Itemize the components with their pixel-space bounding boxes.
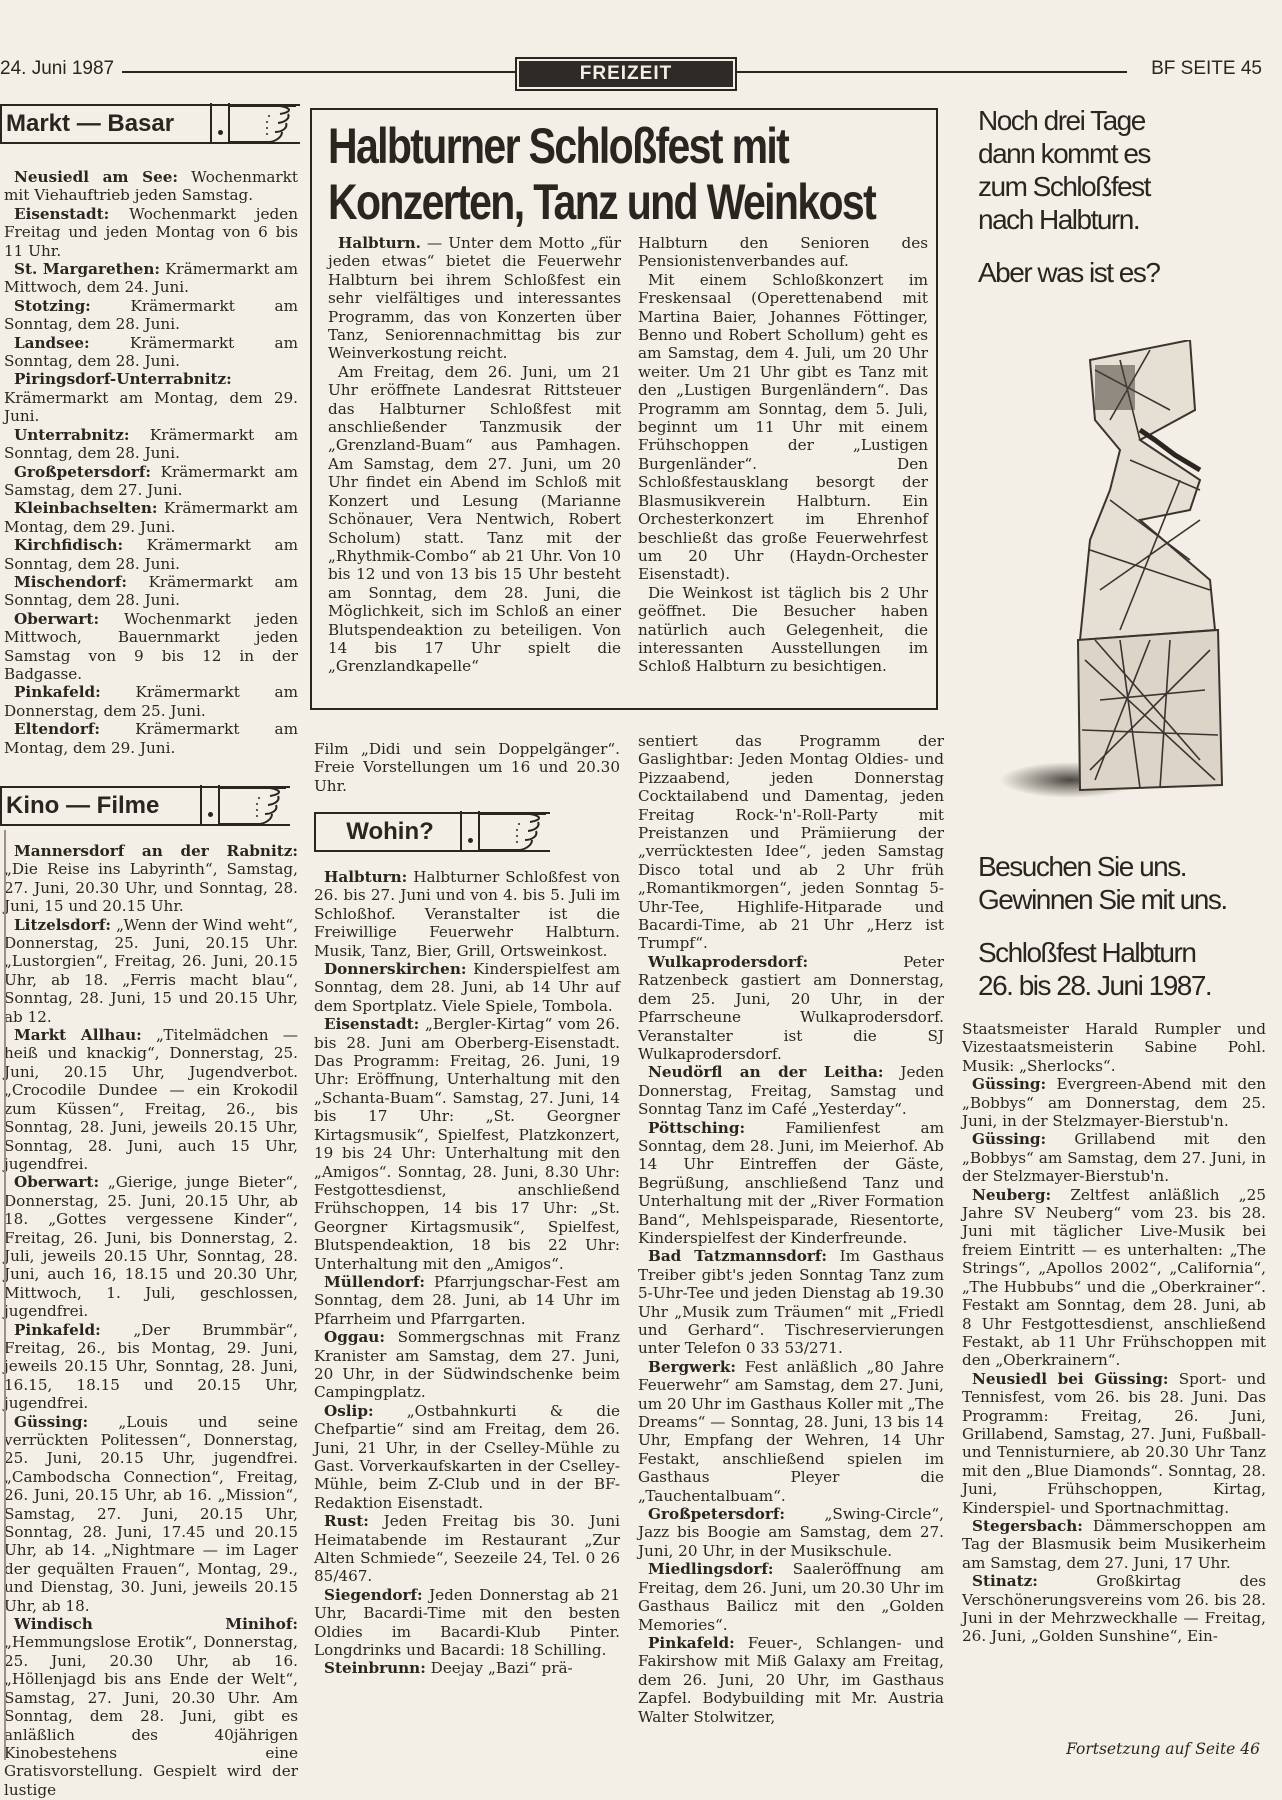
place-name: Eisenstadt: <box>324 1015 419 1033</box>
dot-box-icon <box>460 811 480 851</box>
place-name: Pinkafeld: <box>648 1634 735 1652</box>
list-item: Siegendorf: Jeden Donnerstag ab 21 Uhr, … <box>314 1586 620 1660</box>
list-item: Pöttsching: Familienfest am Sonntag, dem… <box>638 1119 944 1248</box>
section-header-markt: Markt — Basar <box>0 104 300 144</box>
kino-continuation: Film „Didi und sein Doppelgänger“. Freie… <box>314 740 620 795</box>
list-item: Stegersbach: Dämmerschoppen am Tag der B… <box>962 1517 1266 1572</box>
place-name: Güssing: <box>972 1075 1046 1093</box>
list-item: Die Weinkost ist täglich bis 2 Uhr geöff… <box>638 584 928 676</box>
ad-line: Schloßfest Halbturn <box>978 936 1278 969</box>
list-item: Miedlingsdorf: Saaleröffnung am Freitag,… <box>638 1560 944 1634</box>
section-header-kino: Kino — Filme <box>0 786 290 826</box>
list-item: Pinkafeld: „Der Brummbär“, Freitag, 26.,… <box>4 1321 298 1413</box>
place-name: Großpetersdorf: <box>14 463 151 481</box>
list-item: Oberwart: Wochenmarkt jeden Mittwoch, Ba… <box>4 610 298 684</box>
place-name: Bad Tatzmannsdorf: <box>648 1247 827 1265</box>
place-name: Rust: <box>324 1512 369 1530</box>
place-name: Pinkafeld: <box>14 1321 101 1339</box>
entry-text: Krämermarkt am Montag, dem 29. Juni. <box>4 389 298 425</box>
ad-slogan: Besuchen Sie uns.Gewinnen Sie mit uns. <box>978 850 1278 916</box>
entry-text: Mit einem Schloßkonzert im Freskensaal (… <box>638 271 928 584</box>
continued-note: Fortsetzung auf Seite 46 <box>1066 1740 1260 1758</box>
header-rule-left <box>122 71 515 73</box>
list-item: Rust: Jeden Freitag bis 30. Juni Heimata… <box>314 1512 620 1586</box>
list-item: Markt Allhau: „Titelmädchen — heiß und k… <box>4 1026 298 1173</box>
kino-continuation-text: Film „Didi und sein Doppelgänger“. Freie… <box>314 740 620 795</box>
list-item: sentiert das Programm der Gaslightbar: J… <box>638 732 944 953</box>
place-name: Pinkafeld: <box>14 683 101 701</box>
list-item: Neudörfl an der Leitha: Jeden Donnerstag… <box>638 1063 944 1118</box>
entry-text: Staatsmeister Harald Rumpler und Vizesta… <box>962 1020 1266 1075</box>
place-name: Pöttsching: <box>648 1119 745 1137</box>
list-item: Halbturn den Senioren des Pensionistenve… <box>638 234 928 271</box>
place-name: Mannersdorf an der Rabnitz: <box>14 842 298 860</box>
place-name: Stegersbach: <box>972 1517 1083 1535</box>
section-header-wohin: Wohin? <box>314 812 550 852</box>
list-item: Mannersdorf an der Rabnitz: „Die Reise i… <box>4 842 298 916</box>
place-name: Oberwart: <box>14 610 99 628</box>
section-badge-label: FREIZEIT <box>519 61 733 87</box>
place-name: Oberwart: <box>14 1173 99 1191</box>
list-item: Pinkafeld: Krämermarkt am Donnerstag, de… <box>4 683 298 720</box>
place-name: Kirchfidisch: <box>14 536 123 554</box>
headline-line-2: Konzerten, Tanz und Weinkost <box>328 174 820 230</box>
headline-line-1: Halbturner Schloßfest mit <box>328 118 820 174</box>
ad-line: Noch drei Tage <box>978 104 1268 137</box>
feature-headline: Halbturner Schloßfest mit Konzerten, Tan… <box>328 118 820 230</box>
ad-line: Gewinnen Sie mit uns. <box>978 883 1278 916</box>
list-item: Wulkaprodersdorf: Peter Ratzenbeck gasti… <box>638 953 944 1063</box>
list-item: Stotzing: Krämermarkt am Sonntag, dem 28… <box>4 297 298 334</box>
wohin-column-1: Halbturn: Halbturner Schloßfest von 26. … <box>314 868 620 1678</box>
entry-text: Halbturn den Senioren des Pensionistenve… <box>638 234 928 270</box>
section-title: Markt — Basar <box>2 110 210 138</box>
place-name: Oggau: <box>324 1328 385 1346</box>
ad-line: nach Halbturn. <box>978 203 1268 236</box>
section-title: Wohin? <box>316 818 460 846</box>
list-item: Halbturn: Halbturner Schloßfest von 26. … <box>314 868 620 960</box>
place-name: Donnerskirchen: <box>324 960 467 978</box>
list-item: Am Freitag, dem 26. Juni, um 21 Uhr eröf… <box>328 363 621 676</box>
place-name: Wulkaprodersdorf: <box>648 953 808 971</box>
entry-text: Sport- und Tennisfest, vom 26. bis 28. J… <box>962 1370 1266 1517</box>
list-item: Staatsmeister Harald Rumpler und Vizesta… <box>962 1020 1266 1075</box>
list-item: Oggau: Sommergschnas mit Franz Kranister… <box>314 1328 620 1402</box>
list-item: Eisenstadt: Wochenmarkt jeden Freitag un… <box>4 205 298 260</box>
list-item: Güssing: Evergreen-Abend mit den „Bobbys… <box>962 1075 1266 1130</box>
issue-date: 24. Juni 1987 <box>0 58 114 80</box>
section-badge: FREIZEIT <box>515 57 737 91</box>
entry-text: „Hemmungslose Erotik“, Donnerstag, 25. J… <box>4 1633 298 1798</box>
list-item: Güssing: Grillabend mit den „Bobbys“ am … <box>962 1130 1266 1185</box>
feature-column-1: Halbturn. — Unter dem Motto „für jeden e… <box>328 234 621 676</box>
place-name: Windisch Minihof: <box>14 1615 298 1633</box>
ad-teaser: Noch drei Tagedann kommt eszum Schloßfes… <box>978 104 1268 236</box>
entry-text: Deejay „Bazi“ prä- <box>426 1659 573 1677</box>
feature-column-2: Halbturn den Senioren des Pensionistenve… <box>638 234 928 676</box>
place-name: Güssing: <box>14 1413 88 1431</box>
place-name: Oslip: <box>324 1402 374 1420</box>
place-name: Piringsdorf-Unterrabnitz: <box>14 370 232 388</box>
list-item: Bad Tatzmannsdorf: Im Gasthaus Treiber g… <box>638 1247 944 1357</box>
column-edge <box>4 830 6 1760</box>
entry-text: „Titelmädchen — heiß und knackig“, Donne… <box>4 1026 298 1173</box>
place-name: Großpetersdorf: <box>648 1505 785 1523</box>
place-name: Neusiedl am See: <box>14 168 178 186</box>
list-item: St. Margarethen: Krämermarkt am Mittwoch… <box>4 260 298 297</box>
dot-box-icon <box>200 785 220 825</box>
place-name: Siegendorf: <box>324 1586 423 1604</box>
list-item: Halbturn. — Unter dem Motto „für jeden e… <box>328 234 621 363</box>
list-item: Kirchfidisch: Krämermarkt am Sonntag, de… <box>4 536 298 573</box>
list-item: Großpetersdorf: „Swing-Circle“, Jazz bis… <box>638 1505 944 1560</box>
list-item: Oberwart: „Gierige, junge Bieter“, Donne… <box>4 1173 298 1320</box>
list-item: Piringsdorf-Unterrabnitz: Krämermarkt am… <box>4 370 298 425</box>
entry-text: sentiert das Programm der Gaslightbar: J… <box>638 732 944 952</box>
entry-text: Zeltfest anläßlich „25 Jahre SV Neuberg“… <box>962 1186 1266 1370</box>
place-name: Landsee: <box>14 334 90 352</box>
pointing-hand-icon <box>220 786 290 826</box>
list-item: Donnerskirchen: Kinderspielfest am Sonnt… <box>314 960 620 1015</box>
wohin-column-3: Staatsmeister Harald Rumpler und Vizesta… <box>962 1020 1266 1646</box>
list-item: Oslip: „Ostbahnkurti & die Chefpartie“ s… <box>314 1402 620 1512</box>
entry-text: Am Freitag, dem 26. Juni, um 21 Uhr eröf… <box>328 363 621 676</box>
place-name: Neudörfl an der Leitha: <box>648 1063 883 1081</box>
place-name: Eltendorf: <box>14 720 100 738</box>
list-item: Windisch Minihof: „Hemmungslose Erotik“,… <box>4 1615 298 1799</box>
ad-line: dann kommt es <box>978 137 1268 170</box>
place-name: Miedlingsdorf: <box>648 1560 774 1578</box>
entry-text: „Gierige, junge Bieter“, Donnerstag, 25.… <box>4 1173 298 1320</box>
list-item: Stinatz: Großkirtag des Verschönerungsve… <box>962 1572 1266 1646</box>
ad-line: zum Schloßfest <box>978 170 1268 203</box>
list-item: Eisenstadt: „Bergler-Kirtag“ vom 26. bis… <box>314 1015 620 1273</box>
ad-line: 26. bis 28. Juni 1987. <box>978 969 1278 1002</box>
place-name: Bergwerk: <box>648 1358 736 1376</box>
ad-question: Aber was ist es? <box>978 256 1268 289</box>
wohin-column-2: sentiert das Programm der Gaslightbar: J… <box>638 732 944 1726</box>
list-item: Landsee: Krämermarkt am Sonntag, dem 28.… <box>4 334 298 371</box>
ad-line: Besuchen Sie uns. <box>978 850 1278 883</box>
place-name: Neusiedl bei Güssing: <box>972 1370 1169 1388</box>
list-item: Bergwerk: Fest anläßlich „80 Jahre Feuer… <box>638 1358 944 1505</box>
entry-text: „Die Reise ins Labyrinth“, Samstag, 27. … <box>4 860 298 915</box>
place-name: Eisenstadt: <box>14 205 109 223</box>
list-item: Pinkafeld: Feuer-, Schlangen- und Fakirs… <box>638 1634 944 1726</box>
list-item: Mit einem Schloßkonzert im Freskensaal (… <box>638 271 928 584</box>
place-name: Neuberg: <box>972 1186 1051 1204</box>
place-name: Kleinbachselten: <box>14 499 158 517</box>
list-item: Unterrabnitz: Krämermarkt am Sonntag, de… <box>4 426 298 463</box>
place-name: Stotzing: <box>14 297 91 315</box>
place-name: Güssing: <box>972 1130 1046 1148</box>
list-item: Mischendorf: Krämermarkt am Sonntag, dem… <box>4 573 298 610</box>
place-name: Litzelsdorf: <box>14 916 111 934</box>
place-name: Markt Allhau: <box>14 1026 142 1044</box>
entry-text: „Bergler-Kirtag“ vom 26. bis 28. Juni am… <box>314 1015 620 1272</box>
place-name: St. Margarethen: <box>14 260 160 278</box>
list-item: Litzelsdorf: „Wenn der Wind weht“, Donne… <box>4 916 298 1026</box>
entry-text: Familienfest am Sonntag, dem 28. Juni, i… <box>638 1119 944 1247</box>
entry-text: Fest anläßlich „80 Jahre Feuerwehr“ am S… <box>638 1358 944 1505</box>
kino-list: Mannersdorf an der Rabnitz: „Die Reise i… <box>4 842 298 1799</box>
list-item: Neusiedl am See: Wochenmarkt mit Viehauf… <box>4 168 298 205</box>
list-item: Steinbrunn: Deejay „Bazi“ prä- <box>314 1659 620 1677</box>
place-name: Mischendorf: <box>14 573 127 591</box>
list-item: Kleinbachselten: Krämermarkt am Montag, … <box>4 499 298 536</box>
list-item: Güssing: „Louis und seine verrückten Pol… <box>4 1413 298 1615</box>
wrapped-sculpture-image <box>1000 340 1240 800</box>
list-item: Neuberg: Zeltfest anläßlich „25 Jahre SV… <box>962 1186 1266 1370</box>
ad-event: Schloßfest Halbturn26. bis 28. Juni 1987… <box>978 936 1278 1002</box>
list-item: Müllendorf: Pfarrjungschar-Fest am Sonnt… <box>314 1273 620 1328</box>
list-item: Eltendorf: Krämermarkt am Montag, dem 29… <box>4 720 298 757</box>
entry-text: „Louis und seine verrückten Politessen“,… <box>4 1413 298 1615</box>
place-name: Halbturn. <box>338 234 421 252</box>
pointing-hand-icon <box>230 104 300 144</box>
list-item: Neusiedl bei Güssing: Sport- und Tennisf… <box>962 1370 1266 1517</box>
entry-text: Die Weinkost ist täglich bis 2 Uhr geöff… <box>638 584 928 676</box>
section-title: Kino — Filme <box>2 792 200 820</box>
pointing-hand-icon <box>480 812 550 852</box>
entry-text: — Unter dem Motto „für jeden etwas“ biet… <box>328 234 621 362</box>
place-name: Halbturn: <box>324 868 407 886</box>
place-name: Steinbrunn: <box>324 1659 426 1677</box>
place-name: Stinatz: <box>972 1572 1038 1590</box>
header-rule-right <box>737 71 1127 73</box>
place-name: Müllendorf: <box>324 1273 425 1291</box>
list-item: Großpetersdorf: Krämermarkt am Samstag, … <box>4 463 298 500</box>
markt-list: Neusiedl am See: Wochenmarkt mit Viehauf… <box>4 168 298 757</box>
page-number: BF SEITE 45 <box>1151 58 1262 80</box>
place-name: Unterrabnitz: <box>14 426 130 444</box>
dot-box-icon <box>210 103 230 143</box>
